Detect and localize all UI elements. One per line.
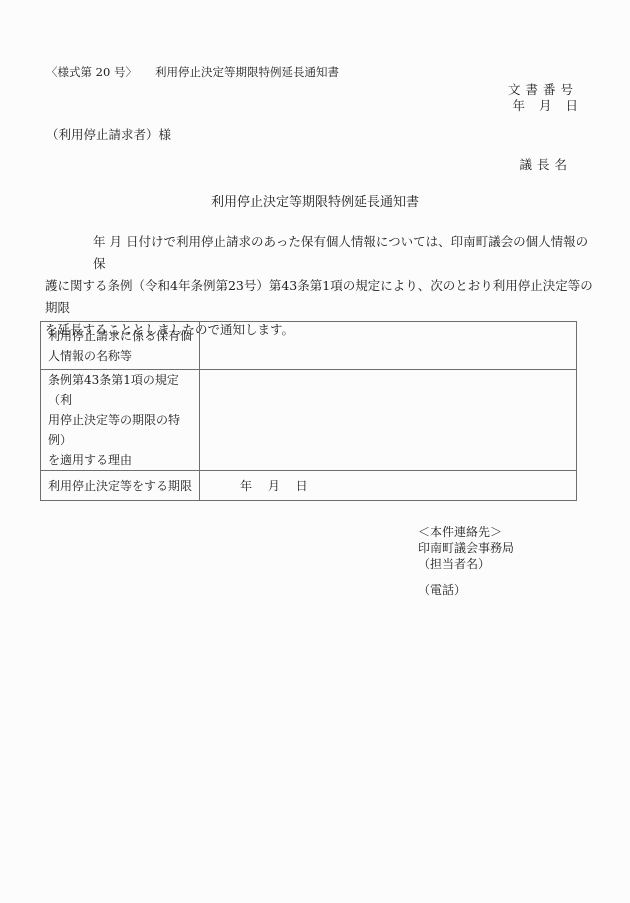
contact-block: ＜本件連絡先＞ 印南町議会事務局 （担当者名） （電話） xyxy=(418,524,514,598)
contact-person: （担当者名） xyxy=(418,556,514,572)
table-row: 利用停止決定等をする期限 年 月 日 xyxy=(41,471,577,501)
document-date-label: 年 月 日 xyxy=(513,96,578,114)
label-line: 条例第43条第1項の規定（利 xyxy=(48,370,192,410)
info-table: 利用停止請求に係る保有個 人情報の名称等 条例第43条第1項の規定（利 用停止決… xyxy=(40,321,577,501)
sender-chair-name: 議長名 xyxy=(519,155,572,173)
contact-heading: ＜本件連絡先＞ xyxy=(418,524,514,540)
form-title: 利用停止決定等期限特例延長通知書 xyxy=(155,65,339,79)
reason-value xyxy=(200,370,577,471)
row-label-reason: 条例第43条第1項の規定（利 用停止決定等の期限の特例） を適用する理由 xyxy=(41,370,200,471)
body-line-1: 年 月 日付けで利用停止請求のあった保有個人情報については、印南町議会の個人情報… xyxy=(45,231,595,275)
table-row: 条例第43条第1項の規定（利 用停止決定等の期限の特例） を適用する理由 xyxy=(41,370,577,471)
label-line: を適用する理由 xyxy=(48,450,192,470)
label-line: 用停止決定等の期限の特例） xyxy=(48,410,192,450)
body-line-2: 護に関する条例（令和4年条例第23号）第43条第1項の規定により、次のとおり利用… xyxy=(45,275,595,319)
deadline-value: 年 月 日 xyxy=(200,471,577,501)
addressee: （利用停止請求者）様 xyxy=(46,125,171,143)
row-label-deadline: 利用停止決定等をする期限 xyxy=(41,471,200,501)
table-row: 利用停止請求に係る保有個 人情報の名称等 xyxy=(41,322,577,370)
label-line: 利用停止決定等をする期限 xyxy=(48,476,192,496)
info-name-value xyxy=(200,322,577,370)
label-line: 利用停止請求に係る保有個 xyxy=(48,326,192,346)
page-title: 利用停止決定等期限特例延長通知書 xyxy=(0,191,630,210)
label-line: 人情報の名称等 xyxy=(48,346,192,366)
form-number: 〈様式第 20 号〉 xyxy=(46,65,137,79)
form-number-line: 〈様式第 20 号〉利用停止決定等期限特例延長通知書 xyxy=(46,64,339,80)
contact-phone: （電話） xyxy=(418,582,514,598)
row-label-info-name: 利用停止請求に係る保有個 人情報の名称等 xyxy=(41,322,200,370)
contact-office: 印南町議会事務局 xyxy=(418,540,514,556)
